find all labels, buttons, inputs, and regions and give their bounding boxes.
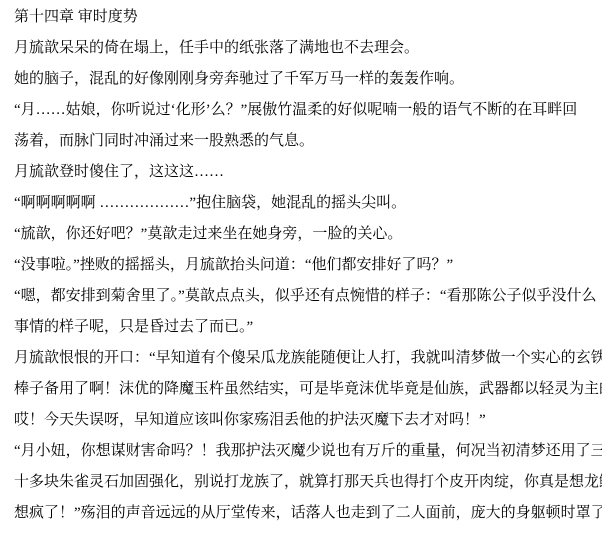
text-line: 月旈歆呆呆的倚在塌上，任手中的纸张落了满地也不去理会。 bbox=[14, 33, 596, 64]
text-line: 荡着，而脉门同时冲涌过来一股熟悉的气息。 bbox=[14, 126, 596, 157]
text-line: “月……姑娘，你听说过‘化形’么？”展傲竹温柔的好似呢喃一般的语气不断的在耳畔回 bbox=[14, 95, 596, 126]
text-line: 哎！今天失误呀，早知道应该叫你家殇泪丢他的护法灭魔下去才对吗！” bbox=[14, 405, 596, 436]
paragraph: “嗯，都安排到菊舍里了。”莫歆点点头，似乎还有点惋惜的样子：“看那陈公子似乎没什… bbox=[14, 281, 596, 343]
text-line: 十多块朱雀灵石加固强化，别说打龙族了，就算打那天兵也得打个皮开肉绽，你真是想龙鳞 bbox=[14, 467, 596, 498]
paragraph: 月旈歆登时傻住了，这这这…… bbox=[14, 157, 596, 188]
chapter-title: 第十四章 审时度势 bbox=[14, 2, 596, 33]
paragraph: “没事啦。”挫败的摇摇头，月旈歆抬头问道：“他们都安排好了吗？” bbox=[14, 250, 596, 281]
novel-text-page: 第十四章 审时度势 月旈歆呆呆的倚在塌上，任手中的纸张落了满地也不去理会。她的脑… bbox=[0, 0, 602, 538]
text-line: 月旈歆恨恨的开口：“早知道有个傻呆瓜龙族能随便让人打，我就叫清梦做一个实心的玄铁 bbox=[14, 343, 596, 374]
text-line: “啊啊啊啊啊 ………………”抱住脑袋，她混乱的摇头尖叫。 bbox=[14, 188, 596, 219]
paragraph: 月旈歆呆呆的倚在塌上，任手中的纸张落了满地也不去理会。 bbox=[14, 33, 596, 64]
text-line: 月旈歆登时傻住了，这这这…… bbox=[14, 157, 596, 188]
text-line: “月小妞，你想谋财害命吗？！我那护法灭魔少说也有万斤的重量，何况当初清梦还用了三 bbox=[14, 436, 596, 467]
text-line: “嗯，都安排到菊舍里了。”莫歆点点头，似乎还有点惋惜的样子：“看那陈公子似乎没什… bbox=[14, 281, 596, 312]
paragraph: 月旈歆恨恨的开口：“早知道有个傻呆瓜龙族能随便让人打，我就叫清梦做一个实心的玄铁… bbox=[14, 343, 596, 436]
text-line: 棒子备用了啊！沫优的降魔玉杵虽然结实，可是毕竟沫优毕竟是仙族，武器都以轻灵为主的… bbox=[14, 374, 596, 405]
paragraph: “旈歆，你还好吧？”莫歆走过来坐在她身旁，一脸的关心。 bbox=[14, 219, 596, 250]
chapter-body: 月旈歆呆呆的倚在塌上，任手中的纸张落了满地也不去理会。她的脑子，混乱的好像刚刚身… bbox=[14, 33, 596, 529]
text-line: “旈歆，你还好吧？”莫歆走过来坐在她身旁，一脸的关心。 bbox=[14, 219, 596, 250]
paragraph: “月……姑娘，你听说过‘化形’么？”展傲竹温柔的好似呢喃一般的语气不断的在耳畔回… bbox=[14, 95, 596, 157]
paragraph: “啊啊啊啊啊 ………………”抱住脑袋，她混乱的摇头尖叫。 bbox=[14, 188, 596, 219]
paragraph: “月小妞，你想谋财害命吗？！我那护法灭魔少说也有万斤的重量，何况当初清梦还用了三… bbox=[14, 436, 596, 529]
text-line: 事情的样子呢，只是昏过去了而已。” bbox=[14, 312, 596, 343]
paragraph: 她的脑子，混乱的好像刚刚身旁奔驰过了千军万马一样的轰轰作响。 bbox=[14, 64, 596, 95]
text-line: 她的脑子，混乱的好像刚刚身旁奔驰过了千军万马一样的轰轰作响。 bbox=[14, 64, 596, 95]
text-line: “没事啦。”挫败的摇摇头，月旈歆抬头问道：“他们都安排好了吗？” bbox=[14, 250, 596, 281]
text-line: 想疯了！”殇泪的声音远远的从厅堂传来，话落人也走到了二人面前，庞大的身躯顿时罩了 bbox=[14, 498, 596, 529]
